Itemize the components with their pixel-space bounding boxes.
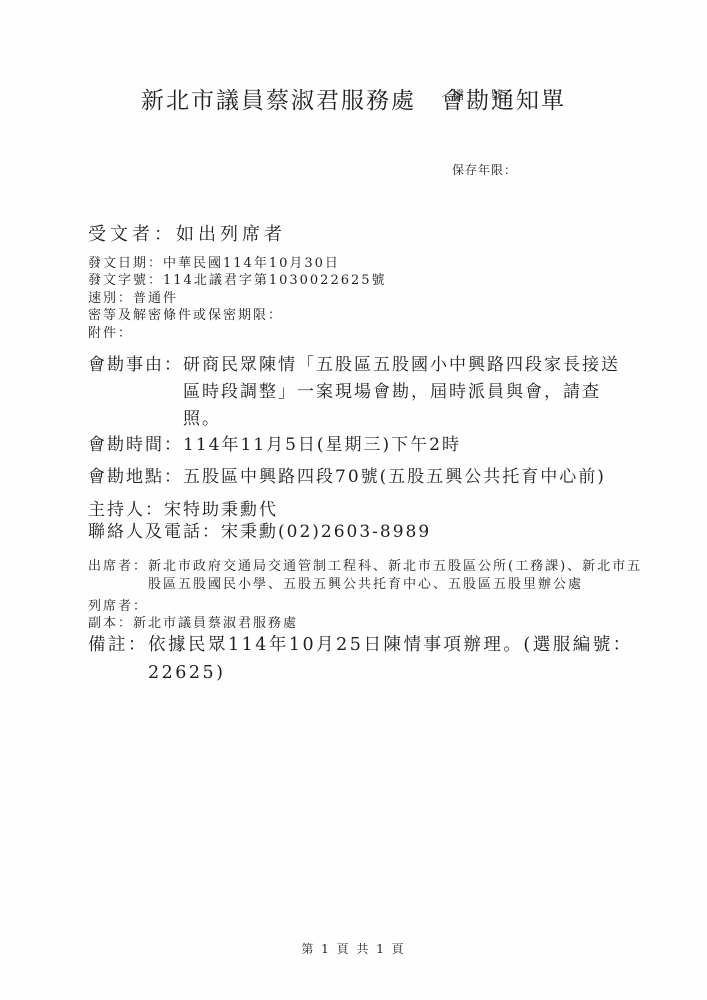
contact-line: 聯絡人及電話：宋秉勳(02)2603-8989 <box>88 517 431 542</box>
survey-subject-line: 研商民眾陳情「五股區五股國小中興路四段家長接送 <box>183 352 620 379</box>
page-title: 新北市議員蔡淑君服務處 會勘通知單 <box>0 82 707 115</box>
attendees-block: 出席者： 新北市政府交通局交通管制工程科、新北市五股區公所(工務課)、新北市五 … <box>88 558 642 594</box>
filing-info-block: 檔 號： 保存年限： <box>452 33 517 233</box>
official-notice-page: 檔 號： 保存年限： 新北市議員蔡淑君服務處 會勘通知單 受文者：如出列席者 發… <box>0 0 707 1000</box>
attendees-text: 新北市政府交通局交通管制工程科、新北市五股區公所(工務課)、新北市五 股區五股國… <box>148 558 642 594</box>
note-line: 22625) <box>148 659 633 687</box>
note-label: 備註： <box>88 631 148 659</box>
attendees-line: 股區五股國民小學、五股五興公共托育中心、五股區五股里辦公處 <box>148 576 642 594</box>
attachment-line: 附件： <box>88 325 387 342</box>
security-line: 密等及解密條件或保密期限： <box>88 307 387 324</box>
note-block: 備註： 依據民眾114年10月25日陳情事項辦理。(選服編號： 22625) <box>88 631 633 687</box>
note-text: 依據民眾114年10月25日陳情事項辦理。(選服編號： 22625) <box>148 631 633 687</box>
retention-period-label: 保存年限： <box>452 158 517 183</box>
survey-subject-label: 會勘事由： <box>88 352 183 379</box>
survey-location-line: 會勘地點：五股區中興路四段70號(五股五興公共托育中心前) <box>88 462 606 487</box>
attendees-label: 出席者： <box>88 558 148 576</box>
survey-subject-block: 會勘事由： 研商民眾陳情「五股區五股國小中興路四段家長接送 區時段調整」一案現場… <box>88 352 620 433</box>
cc-line: 副本：新北市議員蔡淑君服務處 <box>88 612 298 631</box>
note-line: 依據民眾114年10月25日陳情事項辦理。(選服編號： <box>148 631 633 659</box>
issue-date-line: 發文日期：中華民國114年10月30日 <box>88 255 387 272</box>
page-number-footer: 第 1 頁 共 1 頁 <box>0 940 707 957</box>
doc-number-line: 發文字號：114北議君字第1030022625號 <box>88 272 387 289</box>
survey-subject-text: 研商民眾陳情「五股區五股國小中興路四段家長接送 區時段調整」一案現場會勘，屆時派… <box>183 352 620 433</box>
survey-subject-line: 照。 <box>183 406 620 433</box>
recipient-line: 受文者：如出列席者 <box>88 220 286 246</box>
speed-line: 速別：普通件 <box>88 290 387 307</box>
survey-subject-line: 區時段調整」一案現場會勘，屆時派員與會，請查 <box>183 379 620 406</box>
attendees-line: 新北市政府交通局交通管制工程科、新北市五股區公所(工務課)、新北市五 <box>148 558 642 576</box>
survey-time-line: 會勘時間：114年11月5日(星期三)下午2時 <box>88 430 461 455</box>
meta-block: 發文日期：中華民國114年10月30日 發文字號：114北議君字第1030022… <box>88 255 387 342</box>
